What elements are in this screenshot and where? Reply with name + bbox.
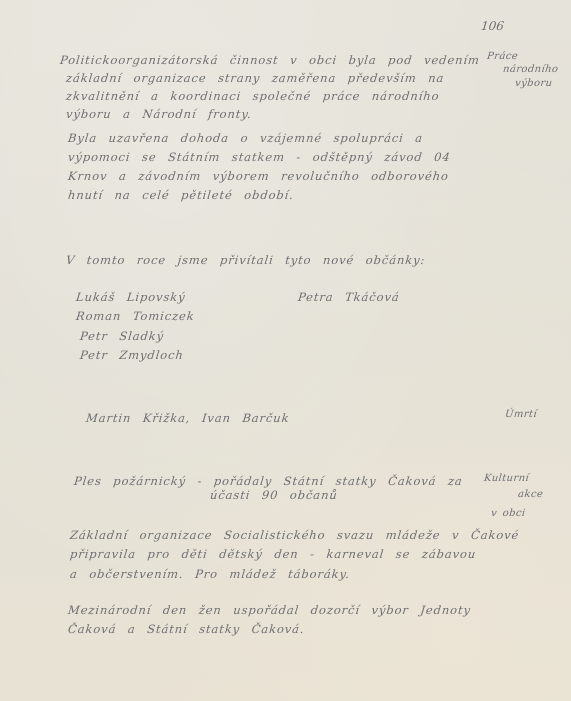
- margin-note-work-title-1: Práce: [486, 52, 518, 62]
- birth-name: Lukáš Lipovský: [75, 292, 186, 304]
- paragraph-line: výpomoci se Státním statkem - odštěpný z…: [67, 152, 451, 164]
- birth-name: Petra Tkáčová: [297, 292, 400, 304]
- chronicle-page: 106 Práce národního výboru Politickoorga…: [0, 0, 571, 701]
- margin-note-work-title-2: národního: [502, 65, 558, 75]
- margin-note-culture-3: v obci: [490, 509, 526, 519]
- paragraph-line: připravila pro děti dětský den - karneva…: [69, 549, 476, 561]
- deaths-line: Martin Křižka, Ivan Barčuk: [85, 413, 290, 425]
- margin-note-culture-2: akce: [517, 490, 543, 500]
- paragraph-line: účasti 90 občanů: [209, 490, 338, 502]
- margin-note-work-title-3: výboru: [514, 79, 552, 89]
- margin-note-deaths: Úmrtí: [504, 410, 537, 420]
- paragraph-line: Čaková a Státní statky Čaková.: [67, 624, 305, 636]
- paragraph-line: Byla uzavřena dohoda o vzájemné spoluprá…: [67, 133, 423, 145]
- birth-name: Petr Sladký: [79, 331, 164, 343]
- birth-name: Petr Zmydloch: [79, 350, 184, 362]
- paragraph-line: základní organizace strany zaměřena před…: [65, 73, 444, 85]
- paragraph-line: a občerstvením. Pro mládež táboráky.: [69, 569, 350, 581]
- paragraph-line: hnutí na celé pětileté období.: [67, 190, 294, 202]
- paragraph-line: Politickoorganizátorská činnost v obci b…: [59, 55, 480, 67]
- paragraph-line: Základní organizace Socialistického svaz…: [69, 530, 519, 542]
- page-number: 106: [480, 20, 504, 32]
- paragraph-line: Ples požárnický - pořádaly Státní statky…: [73, 476, 463, 488]
- birth-name: Roman Tomiczek: [75, 311, 195, 323]
- paragraph-line: zkvalitnění a koordinaci společné práce …: [65, 91, 440, 103]
- paragraph-line: Krnov a závodním výborem revolučního odb…: [67, 171, 449, 183]
- margin-note-culture-1: Kulturní: [483, 474, 529, 484]
- births-intro: V tomto roce jsme přivítali tyto nové ob…: [65, 255, 426, 267]
- paragraph-line: výboru a Národní fronty.: [65, 109, 252, 121]
- paragraph-line: Mezinárodní den žen uspořádal dozorčí vý…: [67, 605, 471, 617]
